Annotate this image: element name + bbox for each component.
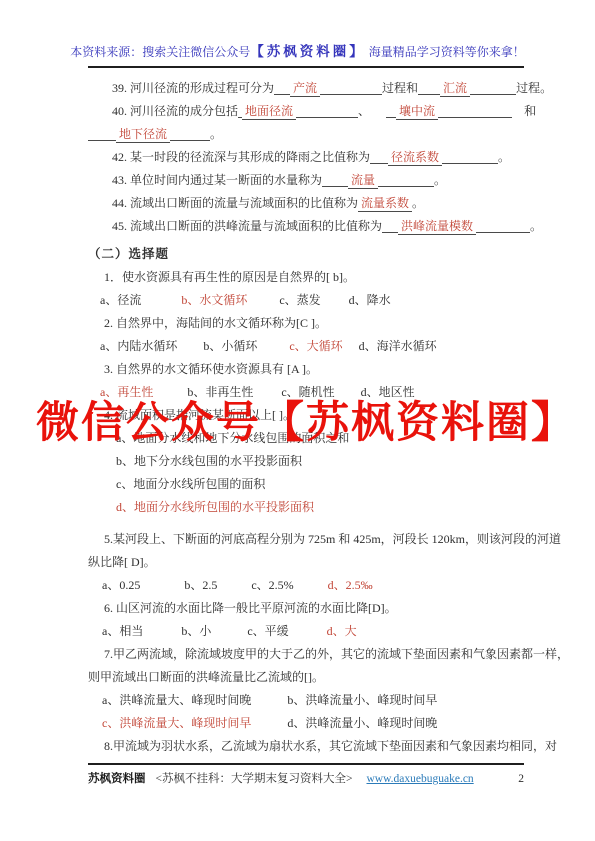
blank-underline bbox=[370, 150, 388, 164]
blank-underline bbox=[378, 173, 434, 187]
options-row: c、地面分水线所包围的面积 bbox=[88, 473, 538, 496]
blank-underline bbox=[438, 104, 512, 118]
question-text: 过程和 bbox=[382, 81, 418, 95]
option-label: c、大循环 bbox=[289, 335, 342, 358]
option-label: d、大 bbox=[327, 620, 357, 643]
source-banner: 本资料来源：搜索关注微信公众号【苏枫资料圈】 海量精品学习资料等你来拿！ bbox=[60, 40, 535, 60]
option-label: a、洪峰流量大、峰现时间晚 bbox=[102, 689, 251, 712]
blank-underline bbox=[322, 173, 348, 187]
banner-suffix: 海量精品学习资料等你来拿！ bbox=[366, 45, 525, 59]
question-text: 。 bbox=[530, 219, 542, 233]
option-label: b、水文循环 bbox=[181, 289, 247, 312]
question-text: 、 bbox=[358, 104, 370, 118]
option-label: d、2.5‰ bbox=[328, 574, 373, 597]
question-stem: 6. 山区河流的水面比降一般比平原河流的水面比降[D]。 bbox=[88, 597, 538, 620]
question-text: 42. 某一时段的径流深与其形成的降雨之比值称为 bbox=[112, 150, 370, 164]
option-label: a、0.25 bbox=[102, 574, 140, 597]
blank-answer-text: 流量系数 bbox=[358, 196, 412, 212]
blank-answer-text: 径流系数 bbox=[388, 150, 442, 166]
options-row: b、地下分水线包围的水平投影面积 bbox=[88, 450, 538, 473]
question-text: 。 bbox=[498, 150, 510, 164]
option-label: b、2.5 bbox=[184, 574, 217, 597]
question-stem: 2. 自然界中，海陆间的水文循环称为[C ]。 bbox=[88, 312, 538, 335]
blank-answer-text: 地面径流 bbox=[242, 104, 296, 120]
question-text: 和 bbox=[524, 104, 536, 118]
option-label: c、洪峰流量大、峰现时间早 bbox=[102, 712, 251, 735]
blank-answer-text: 洪峰流量模数 bbox=[398, 219, 476, 235]
fill-question-line: 42. 某一时段的径流深与其形成的降雨之比值称为径流系数。 bbox=[88, 146, 538, 169]
options-row: a、径流b、水文循环c、蒸发d、降水 bbox=[88, 289, 538, 312]
option-label: c、平缓 bbox=[247, 620, 288, 643]
banner-prefix: 本资料来源：搜索关注微信公众号 bbox=[70, 45, 250, 59]
option-label: a、内陆水循环 bbox=[100, 335, 177, 358]
blank-underline bbox=[442, 150, 498, 164]
fill-question-line: 地下径流。 bbox=[88, 123, 538, 146]
blank-answer-text: 汇流 bbox=[440, 81, 470, 97]
option-label: c、蒸发 bbox=[279, 289, 320, 312]
option-label: d、降水 bbox=[349, 289, 391, 312]
page-number: 2 bbox=[518, 773, 524, 785]
page-footer: 苏枫资料圈 <苏枫不挂科：大学期末复习资料大全> www.daxuebuguak… bbox=[88, 763, 524, 786]
question-text: 44. 流域出口断面的流量与流域面积的比值称为 bbox=[112, 196, 358, 210]
blank-underline bbox=[476, 219, 530, 233]
options-row: a、0.25b、2.5c、2.5%d、2.5‰ bbox=[88, 574, 538, 597]
blank-answer-text: 流量 bbox=[348, 173, 378, 189]
option-label: c、地面分水线所包围的面积 bbox=[116, 473, 265, 496]
options-row: c、洪峰流量大、峰现时间早d、洪峰流量小、峰现时间晚 bbox=[88, 712, 538, 735]
choice-question: 7.甲乙两流域，除流域坡度甲的大于乙的外，其它的流域下垫面因素和气象因素都一样，… bbox=[88, 643, 538, 735]
fill-question-line: 39. 河川径流的形成过程可分为产流过程和汇流过程。 bbox=[88, 77, 538, 100]
choice-question: 6. 山区河流的水面比降一般比平原河流的水面比降[D]。a、相当b、小c、平缓d… bbox=[88, 597, 538, 643]
footer-tagline: <苏枫不挂科：大学期末复习资料大全> bbox=[156, 770, 353, 786]
question-stem: 3. 自然界的水文循环使水资源具有 [A ]。 bbox=[88, 358, 538, 381]
fill-question-line: 45. 流域出口断面的洪峰流量与流域面积的比值称为洪峰流量模数。 bbox=[88, 215, 538, 238]
blank-underline bbox=[382, 219, 398, 233]
question-stem: 则甲流域出口断面的洪峰流量比乙流域的[]。 bbox=[88, 666, 538, 689]
blank-underline bbox=[88, 127, 116, 141]
document-page: 本资料来源：搜索关注微信公众号【苏枫资料圈】 海量精品学习资料等你来拿！ 39.… bbox=[0, 0, 595, 841]
blank-underline bbox=[170, 127, 210, 141]
header-divider bbox=[88, 66, 524, 68]
blank-underline bbox=[320, 81, 382, 95]
question-text: 43. 单位时间内通过某一断面的水量称为 bbox=[112, 173, 322, 187]
question-text: 。 bbox=[210, 127, 222, 141]
question-stem: 7.甲乙两流域，除流域坡度甲的大于乙的外，其它的流域下垫面因素和气象因素都一样， bbox=[88, 643, 538, 666]
blank-underline bbox=[296, 104, 358, 118]
footer-brand: 苏枫资料圈 bbox=[88, 770, 146, 786]
choice-question: 5.某河段上、下断面的河底高程分别为 725m 和 425m，河段长 120km… bbox=[88, 528, 538, 597]
fill-question-line: 44. 流域出口断面的流量与流域面积的比值称为流量系数。 bbox=[88, 192, 538, 215]
banner-brand: 【苏枫资料圈】 bbox=[250, 44, 366, 59]
question-text: 45. 流域出口断面的洪峰流量与流域面积的比值称为 bbox=[112, 219, 382, 233]
option-label: b、小循环 bbox=[203, 335, 257, 358]
choice-question: 1．使水资源具有再生性的原因是自然界的[ b]。a、径流b、水文循环c、蒸发d、… bbox=[88, 266, 538, 312]
watermark-text: 微信公众号【苏枫资料圈】 bbox=[36, 389, 576, 450]
question-text: 过程。 bbox=[516, 81, 552, 95]
option-label: d、海洋水循环 bbox=[359, 335, 437, 358]
question-stem: 1．使水资源具有再生性的原因是自然界的[ b]。 bbox=[88, 266, 538, 289]
blank-answer-text: 壤中流 bbox=[396, 104, 438, 120]
choice-questions: 1．使水资源具有再生性的原因是自然界的[ b]。a、径流b、水文循环c、蒸发d、… bbox=[88, 266, 538, 758]
choice-question: 8.甲流域为羽状水系，乙流域为扇状水系，其它流域下垫面因素和气象因素均相同，对 bbox=[88, 735, 538, 758]
blank-answer-text: 产流 bbox=[290, 81, 320, 97]
blank-underline bbox=[470, 81, 516, 95]
fill-questions: 39. 河川径流的形成过程可分为产流过程和汇流过程。40. 河川径流的成分包括地… bbox=[88, 77, 538, 238]
option-label: a、相当 bbox=[102, 620, 143, 643]
footer-link[interactable]: www.daxuebuguake.cn bbox=[366, 773, 473, 785]
option-label: b、地下分水线包围的水平投影面积 bbox=[116, 450, 302, 473]
question-stem: 纵比降[ D]。 bbox=[88, 551, 538, 574]
option-label: d、地面分水线所包围的水平投影面积 bbox=[116, 496, 314, 519]
blank-answer-text: 地下径流 bbox=[116, 127, 170, 143]
option-label: a、径流 bbox=[100, 289, 141, 312]
question-text: 40. 河川径流的成分包括 bbox=[112, 104, 238, 118]
question-stem: 8.甲流域为羽状水系，乙流域为扇状水系，其它流域下垫面因素和气象因素均相同，对 bbox=[88, 735, 538, 758]
option-label: c、2.5% bbox=[251, 574, 293, 597]
blank-underline bbox=[418, 81, 440, 95]
fill-question-line: 40. 河川径流的成分包括地面径流、壤中流和 bbox=[88, 100, 538, 123]
question-text: 。 bbox=[434, 173, 446, 187]
question-stem: 5.某河段上、下断面的河底高程分别为 725m 和 425m，河段长 120km… bbox=[88, 528, 538, 551]
options-row: d、地面分水线所包围的水平投影面积 bbox=[88, 496, 538, 519]
question-text: 。 bbox=[412, 196, 424, 210]
option-label: d、洪峰流量小、峰现时间晚 bbox=[287, 712, 437, 735]
options-row: a、内陆水循环b、小循环c、大循环d、海洋水循环 bbox=[88, 335, 538, 358]
blank-underline bbox=[386, 104, 396, 118]
option-label: b、洪峰流量小、峰现时间早 bbox=[287, 689, 437, 712]
option-label: b、小 bbox=[181, 620, 211, 643]
options-row: a、洪峰流量大、峰现时间晚b、洪峰流量小、峰现时间早 bbox=[88, 689, 538, 712]
section-heading: （二）选择题 bbox=[88, 243, 538, 266]
choice-question: 2. 自然界中，海陆间的水文循环称为[C ]。a、内陆水循环b、小循环c、大循环… bbox=[88, 312, 538, 358]
blank-underline bbox=[274, 81, 290, 95]
question-text: 39. 河川径流的形成过程可分为 bbox=[112, 81, 274, 95]
options-row: a、相当b、小c、平缓d、大 bbox=[88, 620, 538, 643]
fill-question-line: 43. 单位时间内通过某一断面的水量称为流量。 bbox=[88, 169, 538, 192]
